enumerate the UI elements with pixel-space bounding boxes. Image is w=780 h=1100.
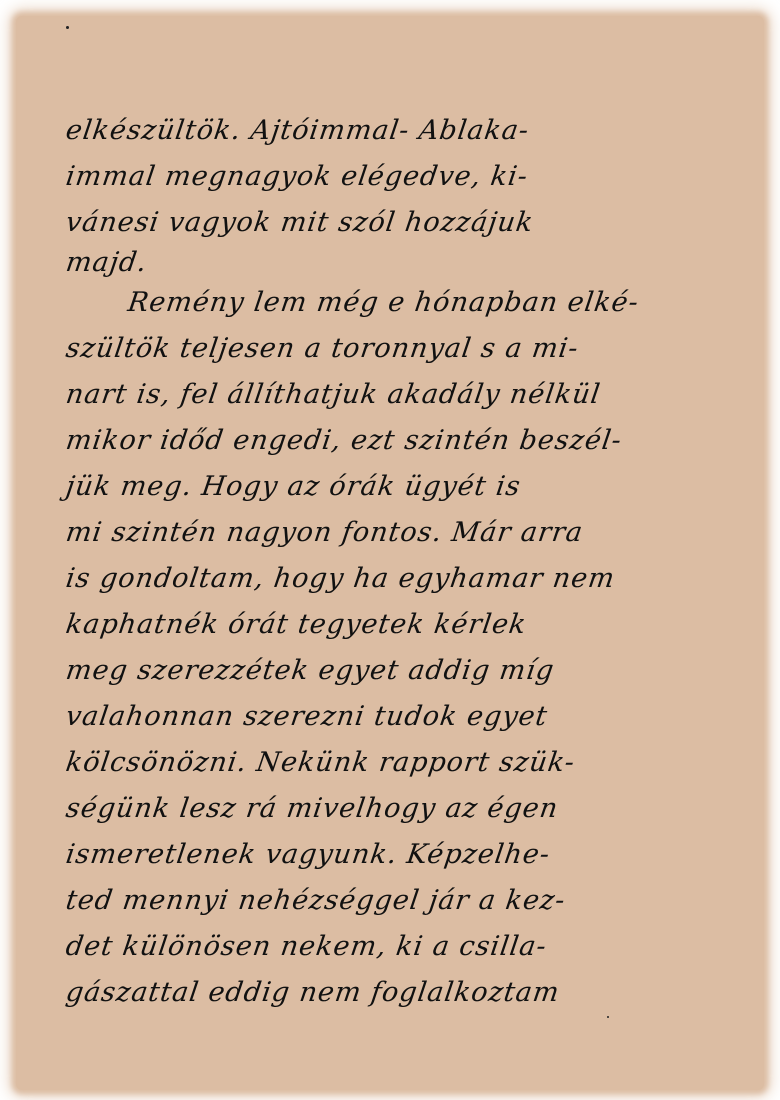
handwritten-text: elkészültök. Ajtóimmal- Ablaka- immal me…	[66, 108, 746, 1016]
text-line: nart is, fel állíthatjuk akadály nélkül	[63, 372, 749, 418]
text-line: meg szerezzétek egyet addig míg	[63, 648, 749, 694]
text-line: gászattal eddig nem foglalkoztam	[63, 970, 749, 1016]
text-line: kaphatnék órát tegyetek kérlek	[63, 602, 749, 648]
ink-speck	[66, 26, 69, 29]
text-line: mikor időd engedi, ezt szintén beszél-	[63, 418, 749, 464]
text-line: vánesi vagyok mit szól hozzájuk	[63, 200, 749, 246]
text-line: jük meg. Hogy az órák ügyét is	[63, 464, 749, 510]
text-line: ted mennyi nehézséggel jár a kez-	[63, 878, 749, 924]
text-line: ismeretlenek vagyunk. Képzelhe-	[63, 832, 749, 878]
text-line: szültök teljesen a toronnyal s a mi-	[63, 326, 749, 372]
letter-page: elkészültök. Ajtóimmal- Ablaka- immal me…	[16, 16, 764, 1090]
text-line: kölcsönözni. Nekünk rapport szük-	[63, 740, 749, 786]
text-line: mi szintén nagyon fontos. Már arra	[63, 510, 749, 556]
text-line: is gondoltam, hogy ha egyhamar nem	[63, 556, 749, 602]
text-line: Remény lem még e hónapban elké-	[63, 280, 749, 326]
text-line: valahonnan szerezni tudok egyet	[63, 694, 749, 740]
text-line: det különösen nekem, ki a csilla-	[63, 924, 749, 970]
text-line: ségünk lesz rá mivelhogy az égen	[63, 786, 749, 832]
ink-speck	[607, 1016, 609, 1018]
text-line: elkészültök. Ajtóimmal- Ablaka-	[63, 108, 749, 154]
text-line: immal megnagyok elégedve, ki-	[63, 154, 749, 200]
text-line: majd.	[64, 246, 749, 280]
ink-speck	[240, 942, 243, 945]
